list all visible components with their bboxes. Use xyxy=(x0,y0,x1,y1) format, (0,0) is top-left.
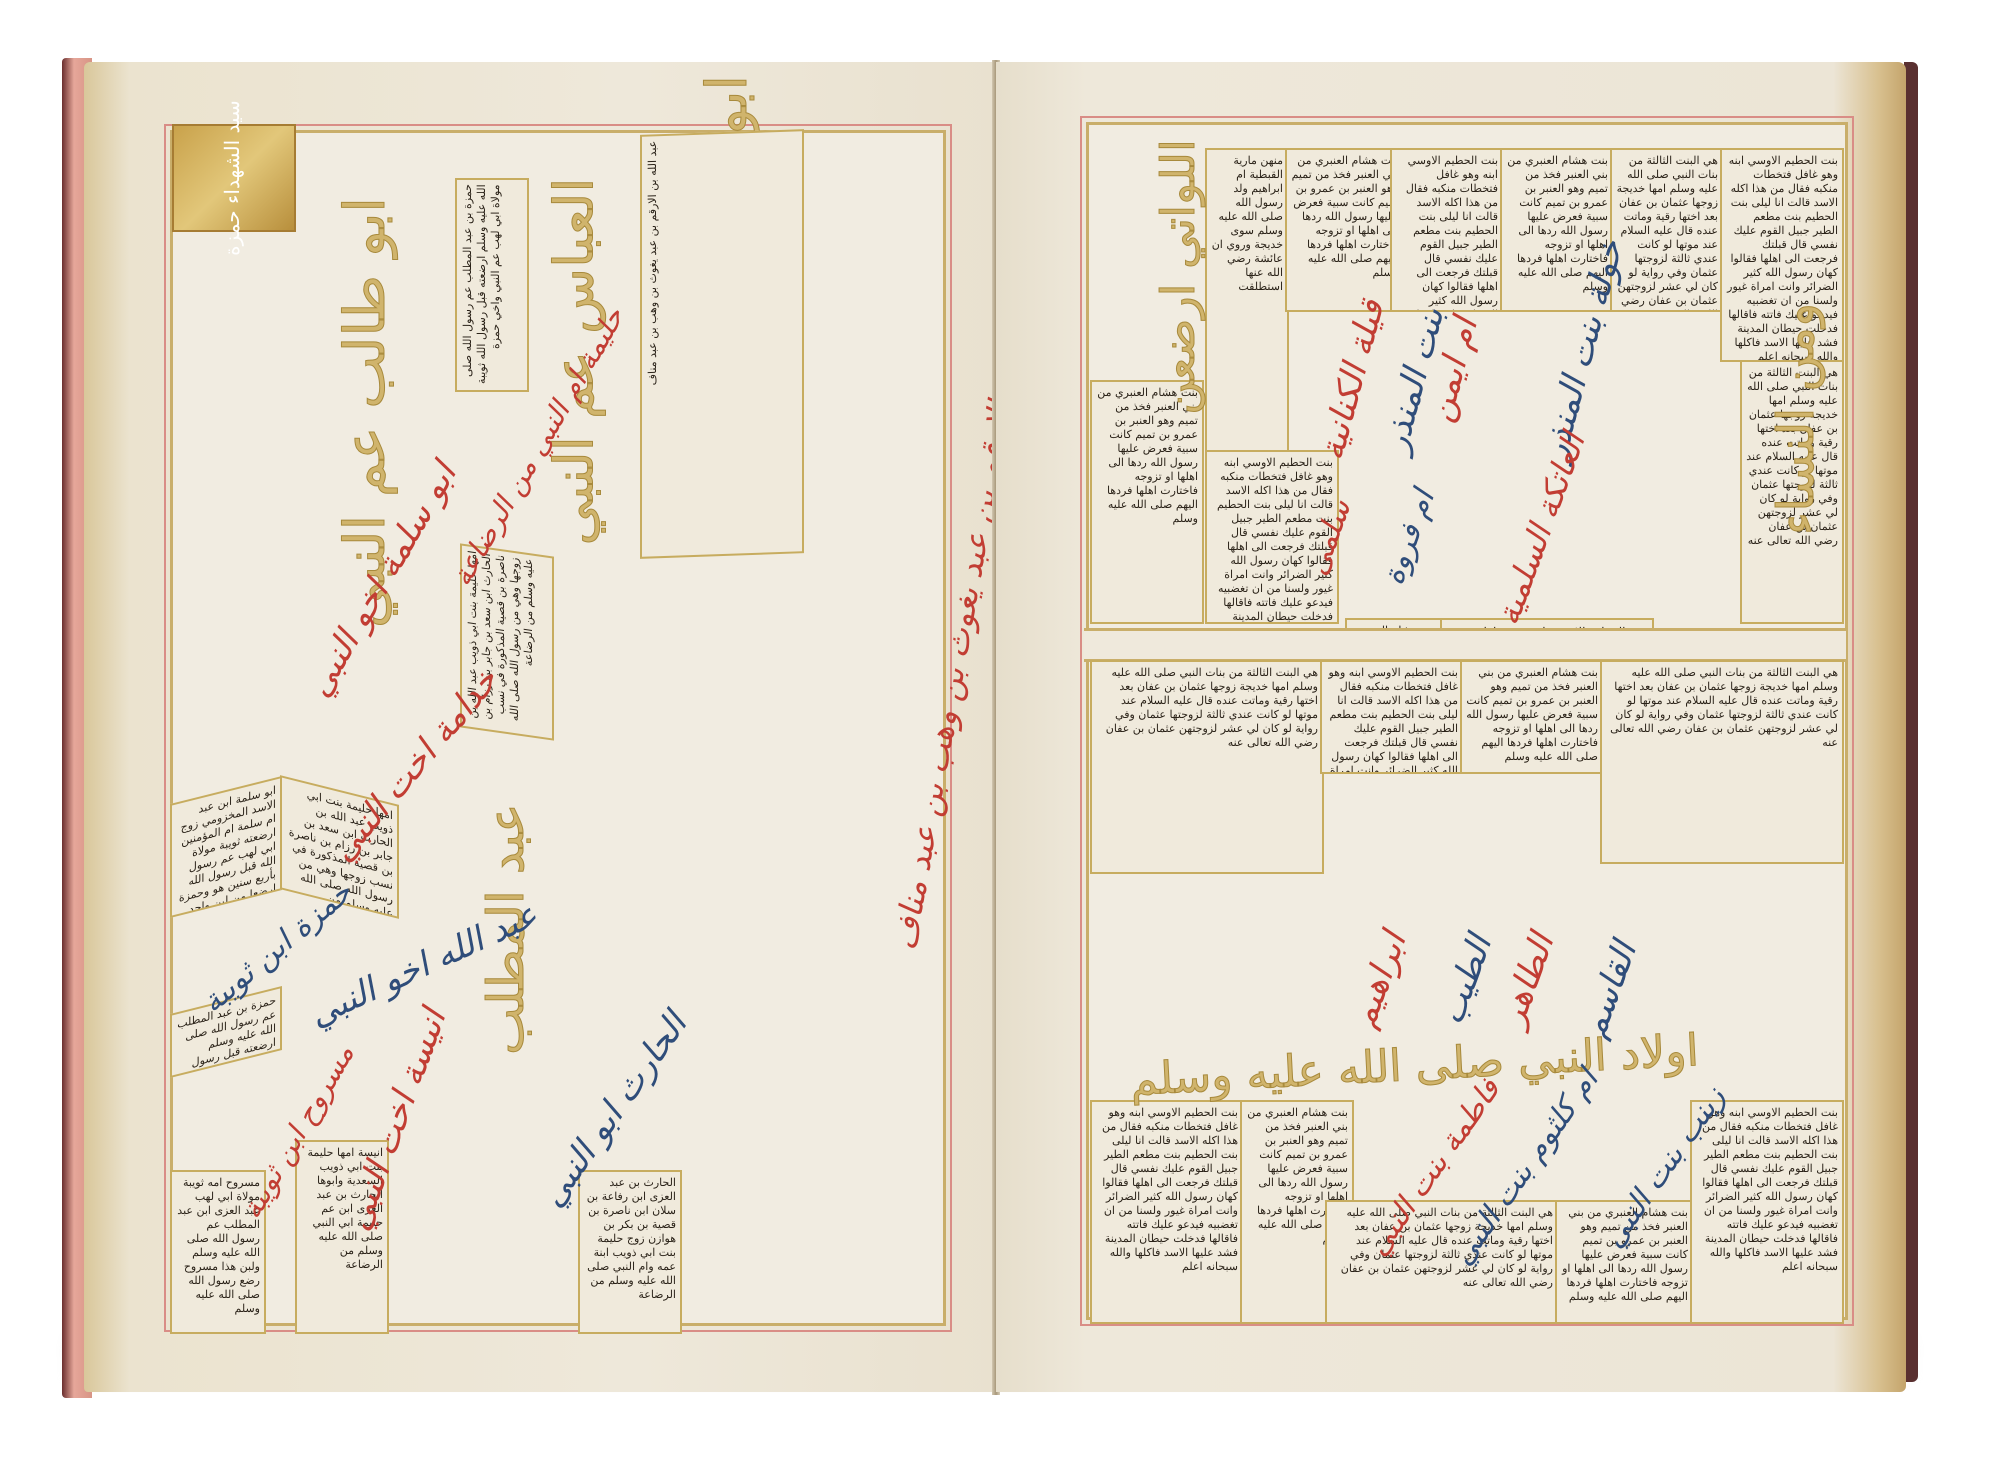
text-box: منهن مارية القبطية ام ابراهيم ولد رسول ا… xyxy=(1205,148,1289,452)
text-box: هي البنت الثالثة من بنات النبي صلى الله … xyxy=(1090,660,1324,874)
gold-heading: ومن النساء xyxy=(1767,303,1825,535)
gold-heading: اللواتي ارضعن xyxy=(1151,139,1205,415)
text-box-body: بنت هشام العنبري من بني العنبر فخذ من تم… xyxy=(1462,662,1602,768)
text-box: الحارث بن عبد العزى ابن رفاعة بن سلان اب… xyxy=(578,1170,682,1334)
text-box: بنت الحطيم الاوسي ابنه وهو غافل فتخطات م… xyxy=(1090,1100,1244,1324)
text-box: بنت هشام العنبري من بني العنبر فخذ من تم… xyxy=(1460,660,1604,774)
gold-illuminated-panel: سيد الشهداء حمزة xyxy=(172,124,296,232)
text-box: بنت هشام العنبري من بني العنبر فخذ من تم… xyxy=(1090,380,1204,624)
text-box-body: بنت الحطيم الاوسي ابنه وهو غافل فتخطات م… xyxy=(1322,662,1462,774)
text-box-body: بنت الحطيم الاوسي ابنه وهو غافل فتخطات م… xyxy=(1692,1102,1842,1278)
text-box: هي البنت الثالثة من بنات النبي صلى الله … xyxy=(1610,148,1724,312)
text-box-body: بنت الحطيم الاوسي ابنه وهو غافل فتخطات م… xyxy=(1392,150,1502,312)
text-box-body: هي البنت الثالثة من بنات النبي صلى الله … xyxy=(1092,662,1322,754)
text-box: هي البنت الثالثة من بنات النبي صلى الله … xyxy=(1600,660,1844,864)
text-box: بنت الحطيم الاوسي ابنه وهو غافل فتخطات م… xyxy=(1390,148,1504,312)
text-box-umm-kulthum: هي البنت الثالثة من بنات النبي صلى الله … xyxy=(1325,1200,1559,1324)
text-box-body: بنت هشام العنبري من بني العنبر فخذ من تم… xyxy=(1287,150,1402,284)
gold-panel-text: سيد الشهداء حمزة xyxy=(220,100,244,256)
text-box: بنت الحطيم الاوسي ابنه وهو غافل فتخطات م… xyxy=(1690,1100,1844,1324)
text-box-body: حمزة بن عبد المطلب عم رسول الله صلى الله… xyxy=(457,180,507,388)
divider-band xyxy=(1084,628,1846,662)
text-column-body: عبد الله بن الارقم بن عبد يغوث بن وهب بن… xyxy=(642,136,664,545)
book-cover-right-edge xyxy=(1904,62,1918,1382)
text-column: عبد الله بن الارقم بن عبد يغوث بن وهب بن… xyxy=(640,129,804,559)
text-box: بنت الحطيم الاوسي ابنه وهو غافل فتخطات م… xyxy=(1320,660,1464,774)
text-box-body: منهن مارية القبطية ام ابراهيم ولد رسول ا… xyxy=(1207,150,1287,298)
text-box: بنت هشام العنبري من بني العنبر فخذ من تم… xyxy=(1285,148,1404,312)
text-box: حمزة بن عبد المطلب عم رسول الله صلى الله… xyxy=(455,178,529,392)
text-box-body: هي البنت الثالثة من بنات النبي صلى الله … xyxy=(1327,1202,1557,1294)
text-box-body: هي البنت الثالثة من بنات النبي صلى الله … xyxy=(1612,150,1722,312)
text-box-body: الحارث بن عبد العزى ابن رفاعة بن سلان اب… xyxy=(580,1172,680,1306)
text-box-body: هي البنت الثالثة من بنات النبي صلى الله … xyxy=(1602,662,1842,754)
text-box-body: بنت الحطيم الاوسي ابنه وهو غافل فتخطات م… xyxy=(1092,1102,1242,1278)
